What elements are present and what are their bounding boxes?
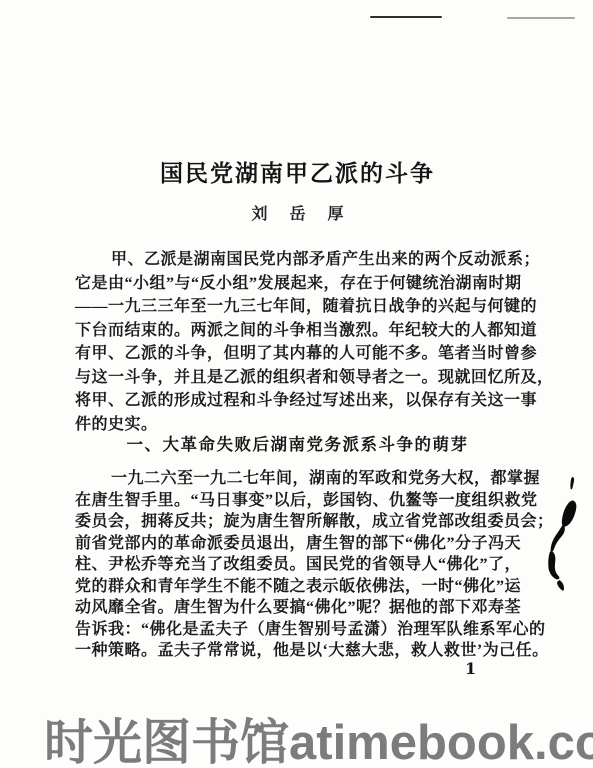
text-line: 在唐生智手里。“马日事变”以后，彭国钧、仇鳌等一度组织救党 — [75, 487, 520, 509]
page-number: 1 — [465, 659, 476, 678]
text-line: 与这一斗争，并且是乙派的组织者和领导者之一。现就回忆所及， — [75, 364, 520, 388]
article-title: 国民党湖南甲乙派的斗争 — [75, 155, 520, 188]
section-heading: 一、大革命失败后湖南党务派系斗争的萌芽 — [75, 431, 520, 455]
text-line: 动风靡全省。唐生智为什么要搞“佛化”呢？据他的部下邓寿荃 — [75, 594, 520, 616]
text-line: 党的群众和青年学生不能不随之表示皈依佛法，一时“佛化”运 — [75, 573, 520, 595]
article-author: 刘 岳 厚 — [75, 201, 520, 224]
watermark-text: 时光图书馆atimebook.com — [44, 704, 593, 768]
text-line: 柱、尹松乔等充当了改组委员。国民党的省领导人“佛化”了， — [75, 551, 520, 573]
scanned-book-page: 国民党湖南甲乙派的斗争 刘 岳 厚 甲、乙派是湖南国民党内部矛盾产生出来的两个反… — [0, 0, 593, 768]
scan-artifact-line-light — [507, 17, 575, 19]
paragraph-2: 一九二六至一九二七年间，湖南的军政和党务大权，都掌握 在唐生智手里。“马日事变”… — [75, 465, 520, 659]
text-line: 下台而结束的。两派之间的斗争相当激烈。年纪较大的人都知道 — [75, 317, 520, 341]
text-line: 有甲、乙派的斗争，但明了其内幕的人可能不多。笔者当时曾参 — [75, 340, 520, 364]
text-line: 前省党部内的革命派委员退出，唐生智的部下“佛化”分子冯天 — [75, 530, 520, 552]
text-line: 将甲、乙派的形成过程和斗争经过写述出来，以保存有关这一事 — [75, 387, 520, 411]
text-line: 甲、乙派是湖南国民党内部矛盾产生出来的两个反动派系； — [75, 246, 520, 270]
text-line: 委员会，拥蒋反共；旋为唐生智所解散，成立省党部改组委员会； — [75, 508, 520, 530]
paragraph-1: 甲、乙派是湖南国民党内部矛盾产生出来的两个反动派系； 它是由“小组”与“反小组”… — [75, 246, 520, 434]
text-line: 它是由“小组”与“反小组”发展起来，存在于何键统治湖南时期 — [75, 270, 520, 294]
text-line: 一种策略。孟夫子常常说，他是以‘大慈大悲，救人救世’为己任。 — [75, 637, 520, 659]
text-line: 一九二六至一九二七年间，湖南的军政和党务大权，都掌握 — [75, 465, 520, 487]
ink-blot-artifact — [535, 470, 580, 600]
scan-artifact-line-dark — [370, 16, 442, 18]
text-line: 告诉我：“佛化是孟夫子（唐生智别号孟潇）治理军队维系军心的 — [75, 616, 520, 638]
text-line: ——一九三三年至一九三七年间，随着抗日战争的兴起与何键的 — [75, 293, 520, 317]
